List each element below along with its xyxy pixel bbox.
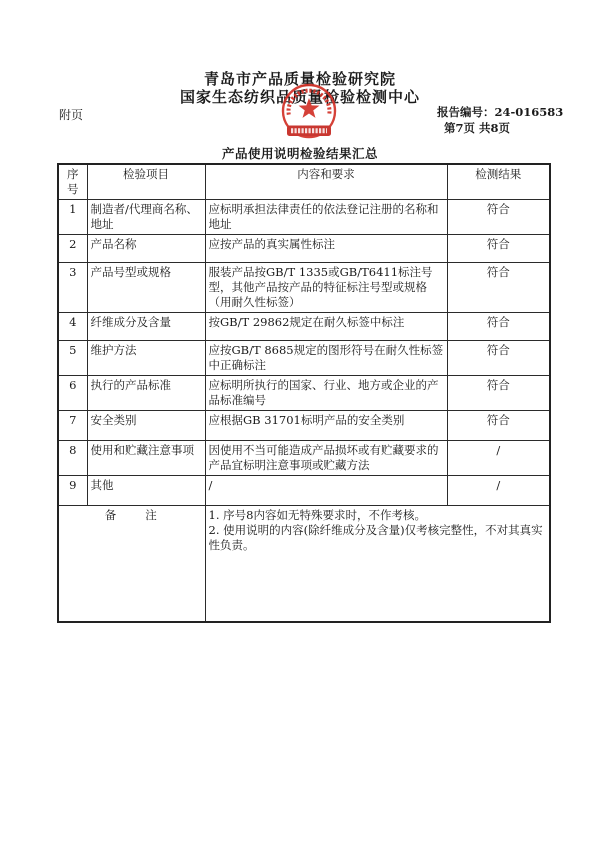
row-requirement: / <box>205 476 447 506</box>
table-row: 4 纤维成分及含量 按GB/T 29862规定在耐久标签中标注 符合 <box>58 313 550 341</box>
remark-note-1: 1. 序号8内容如无特殊要求时，不作考核。 <box>209 508 547 523</box>
row-requirement: 应按GB/T 8685规定的图形符号在耐久性标签中正确标注 <box>205 341 447 376</box>
header-requirement: 内容和要求 <box>205 164 447 200</box>
row-requirement: 按GB/T 29862规定在耐久标签中标注 <box>205 313 447 341</box>
table-row: 6 执行的产品标准 应标明所执行的国家、行业、地方或企业的产品标准编号 符合 <box>58 376 550 411</box>
table-row: 1 制造者/代理商名称、地址 应标明承担法律责任的依法登记注册的名称和地址 符合 <box>58 200 550 235</box>
header-result: 检测结果 <box>447 164 550 200</box>
row-item: 纤维成分及含量 <box>87 313 205 341</box>
table-row: 5 维护方法 应按GB/T 8685规定的图形符号在耐久性标签中正确标注 符合 <box>58 341 550 376</box>
row-result: 符合 <box>447 200 550 235</box>
row-item: 制造者/代理商名称、地址 <box>87 200 205 235</box>
row-requirement: 应按产品的真实属性标注 <box>205 235 447 263</box>
table-row: 7 安全类别 应根据GB 31701标明产品的安全类别 符合 <box>58 411 550 441</box>
table-row: 3 产品号型或规格 服装产品按GB/T 1335或GB/T6411标注号型，其他… <box>58 263 550 313</box>
row-no: 4 <box>58 313 87 341</box>
row-item: 产品号型或规格 <box>87 263 205 313</box>
table-row: 9 其他 / / <box>58 476 550 506</box>
row-requirement: 应标明承担法律责任的依法登记注册的名称和地址 <box>205 200 447 235</box>
row-no: 8 <box>58 441 87 476</box>
row-item: 执行的产品标准 <box>87 376 205 411</box>
remarks-label: 备 注 <box>58 506 205 622</box>
table-header-row: 序号 检验项目 内容和要求 检测结果 <box>58 164 550 200</box>
row-item: 维护方法 <box>87 341 205 376</box>
row-requirement: 因使用不当可能造成产品损坏或有贮藏要求的产品宜标明注意事项或贮藏方法 <box>205 441 447 476</box>
remarks-content: 1. 序号8内容如无特殊要求时，不作考核。 2. 使用说明的内容(除纤维成分及含… <box>205 506 550 622</box>
institute-name-line1: 青岛市产品质量检验研究院 <box>0 70 600 88</box>
table-row: 2 产品名称 应按产品的真实属性标注 符合 <box>58 235 550 263</box>
row-result: 符合 <box>447 411 550 441</box>
report-number: 报告编号：24-016583 <box>437 104 563 120</box>
row-result: 符合 <box>447 313 550 341</box>
row-no: 1 <box>58 200 87 235</box>
header-no: 序号 <box>58 164 87 200</box>
row-item: 产品名称 <box>87 235 205 263</box>
table-title: 产品使用说明检验结果汇总 <box>0 144 600 162</box>
table-row: 8 使用和贮藏注意事项 因使用不当可能造成产品损坏或有贮藏要求的产品宜标明注意事… <box>58 441 550 476</box>
page-number: 第7页 共8页 <box>437 120 563 136</box>
row-item: 其他 <box>87 476 205 506</box>
row-result: / <box>447 441 550 476</box>
attachment-page-label: 附页 <box>59 106 83 123</box>
remarks-row: 备 注 1. 序号8内容如无特殊要求时，不作考核。 2. 使用说明的内容(除纤维… <box>58 506 550 622</box>
row-requirement: 应标明所执行的国家、行业、地方或企业的产品标准编号 <box>205 376 447 411</box>
row-item: 安全类别 <box>87 411 205 441</box>
row-no: 3 <box>58 263 87 313</box>
row-no: 5 <box>58 341 87 376</box>
remark-note-2: 2. 使用说明的内容(除纤维成分及含量)仅考核完整性，不对其真实性负责。 <box>209 523 547 553</box>
row-requirement: 应根据GB 31701标明产品的安全类别 <box>205 411 447 441</box>
row-requirement: 服装产品按GB/T 1335或GB/T6411标注号型，其他产品按产品的特征标注… <box>205 263 447 313</box>
row-no: 9 <box>58 476 87 506</box>
report-page: 青岛市产品质量检验研究院 国家生态纺织品质量检验检测中心 附页 报告编号：24-… <box>0 0 600 848</box>
row-result: 符合 <box>447 341 550 376</box>
report-meta: 报告编号：24-016583 第7页 共8页 <box>437 104 563 136</box>
row-item: 使用和贮藏注意事项 <box>87 441 205 476</box>
row-no: 6 <box>58 376 87 411</box>
row-no: 7 <box>58 411 87 441</box>
row-result: 符合 <box>447 263 550 313</box>
row-result: 符合 <box>447 235 550 263</box>
row-no: 2 <box>58 235 87 263</box>
inspection-results-table: 序号 检验项目 内容和要求 检测结果 1 制造者/代理商名称、地址 应标明承担法… <box>57 163 551 623</box>
header-item: 检验项目 <box>87 164 205 200</box>
row-result: 符合 <box>447 376 550 411</box>
institute-header: 青岛市产品质量检验研究院 国家生态纺织品质量检验检测中心 <box>0 70 600 106</box>
row-result: / <box>447 476 550 506</box>
